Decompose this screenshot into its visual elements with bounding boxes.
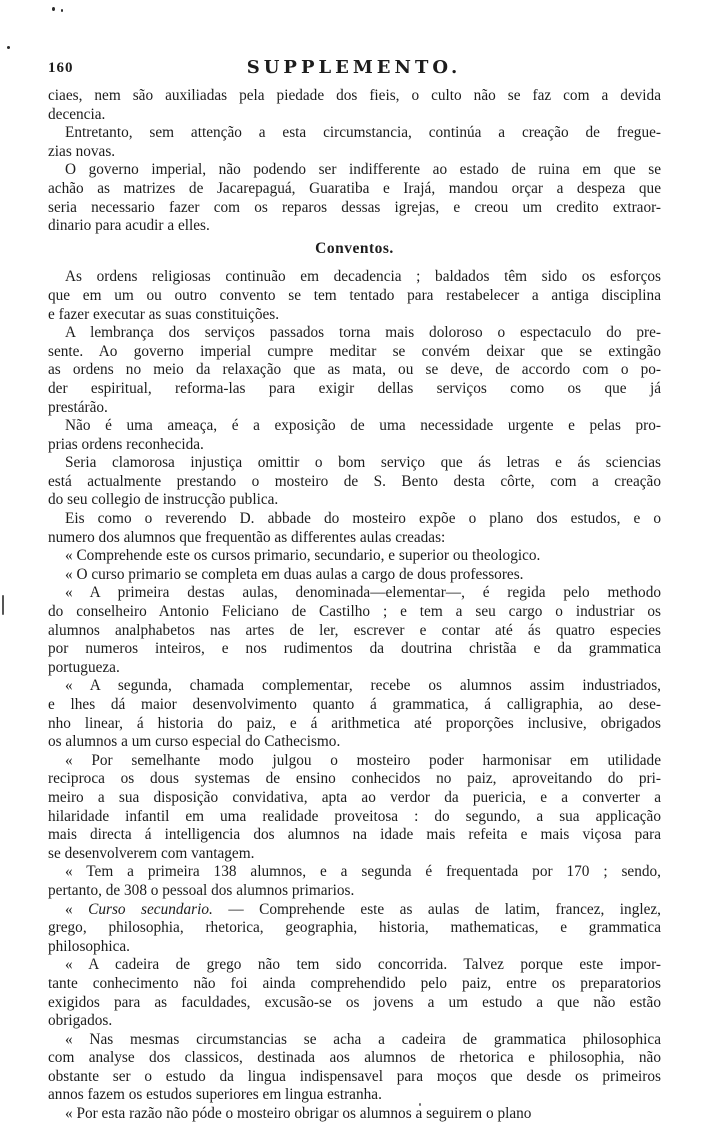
text-line: Não é uma ameaça, é a exposição de uma n…: [48, 417, 661, 436]
text-line: numero dos alumnos que frequentão as dif…: [48, 529, 661, 548]
paragraph: Seria clamorosa injustiça omittir o bom …: [48, 454, 661, 510]
paragraph: « A primeira destas aulas, denominada—el…: [48, 584, 661, 677]
text-line: as ordens no meio da relaxação que as ma…: [48, 361, 661, 380]
text-line: prestárão.: [48, 399, 661, 418]
text-line: por numeros inteiros, e nos rudimentos d…: [48, 640, 661, 659]
text-line: e lhes dá maior desenvolvimento quanto á…: [48, 696, 661, 715]
text-line: « A primeira destas aulas, denominada—el…: [48, 584, 661, 603]
scan-speckle: [7, 46, 10, 49]
text-line: « Curso secundario. — Comprehende este a…: [48, 901, 661, 920]
text-line: os alumnos a um curso especial do Cathec…: [48, 733, 661, 752]
text-line: nho linear, á historia do paiz, e á arit…: [48, 715, 661, 734]
paragraph: Eis como o reverendo D. abbade do mostei…: [48, 510, 661, 547]
page-title: SUPPLEMENTO.: [48, 57, 660, 78]
text-line: meiro a sua disposição convidativa, apta…: [48, 789, 661, 808]
page-number: 160: [48, 60, 74, 77]
text-line: « A segunda, chamada complementar, receb…: [48, 677, 661, 696]
text-line: A lembrança dos serviços passados torna …: [48, 324, 661, 343]
paragraph: « Curso secundario. — Comprehende este a…: [48, 901, 661, 957]
text-line: portugueza.: [48, 659, 661, 678]
section-heading: Conventos.: [48, 240, 661, 259]
text-line: As ordens religiosas continuão em decade…: [48, 268, 661, 287]
text-line: grego, philosophia, rhetorica, geographi…: [48, 919, 661, 938]
text-line: « O curso primario se completa em duas a…: [48, 566, 661, 585]
page-body: ciaes, nem são auxiliadas pela piedade d…: [48, 87, 661, 1124]
paragraph: « A cadeira de grego não tem sido concor…: [48, 956, 661, 1030]
text-line: e fazer executar as suas constituições.: [48, 306, 661, 325]
paragraph: A lembrança dos serviços passados torna …: [48, 324, 661, 417]
paragraph: « Tem a primeira 138 alumnos, e a segund…: [48, 863, 661, 900]
text-line: reciproca os dous systemas de ensino con…: [48, 770, 661, 789]
text-line: « Por esta razão não póde o mosteiro obr…: [48, 1105, 661, 1124]
text-line: « Comprehende este os cursos primario, s…: [48, 547, 661, 566]
text-line: hilaridade infantil em uma realidade pro…: [48, 808, 661, 827]
text-segment: «: [65, 901, 88, 918]
text-line: Seria clamorosa injustiça omittir o bom …: [48, 454, 661, 473]
scan-speckle: [61, 9, 63, 12]
text-line: está actualmente prestando o mosteiro de…: [48, 473, 661, 492]
text-line: tante conhecimento não foi ainda compreh…: [48, 975, 661, 994]
italic-text: Curso secundario.: [88, 901, 213, 918]
paragraph: As ordens religiosas continuão em decade…: [48, 268, 661, 324]
paragraph: « Nas mesmas circumstancias se acha a ca…: [48, 1031, 661, 1105]
text-line: prias ordens reconhecida.: [48, 436, 661, 455]
text-line: « Por semelhante modo julgou o mosteiro …: [48, 752, 661, 771]
paragraph: « Por semelhante modo julgou o mosteiro …: [48, 752, 661, 864]
text-line: philosophica.: [48, 938, 661, 957]
text-line: seria necessario fazer com os reparos de…: [48, 199, 661, 218]
text-line: do conselheiro Antonio Feliciano de Cast…: [48, 603, 661, 622]
text-line: « A cadeira de grego não tem sido concor…: [48, 956, 661, 975]
paragraph: ciaes, nem são auxiliadas pela piedade d…: [48, 87, 661, 124]
paragraph: « Por esta razão não póde o mosteiro obr…: [48, 1105, 661, 1124]
paragraph: Entretanto, sem attenção a esta circumst…: [48, 124, 661, 161]
text-line: do seu collegio de instrucção publica.: [48, 491, 661, 510]
text-line: se desenvolverem com vantagem.: [48, 845, 661, 864]
text-line: obstante ser o estudo da lingua indispen…: [48, 1068, 661, 1087]
text-line: alumnos analphabetos nas artes de ler, e…: [48, 622, 661, 641]
text-segment: — Comprehende este as aulas de latim, fr…: [213, 901, 661, 918]
paragraph: O governo imperial, não podendo ser indi…: [48, 161, 661, 235]
document-page: 160 SUPPLEMENTO. ciaes, nem são auxiliad…: [0, 0, 704, 1128]
text-line: exigidos para as faculdades, excusão-se …: [48, 994, 661, 1013]
text-line: Entretanto, sem attenção a esta circumst…: [48, 124, 661, 143]
text-line: « Tem a primeira 138 alumnos, e a segund…: [48, 863, 661, 882]
page-header: 160 SUPPLEMENTO.: [48, 57, 660, 81]
text-line: zias novas.: [48, 143, 661, 162]
text-line: com analyse dos classicos, destinada aos…: [48, 1049, 661, 1068]
text-line: « Nas mesmas circumstancias se acha a ca…: [48, 1031, 661, 1050]
text-line: que em um ou outro convento se tem tenta…: [48, 287, 661, 306]
paragraph: « A segunda, chamada complementar, receb…: [48, 677, 661, 751]
text-line: obrigados.: [48, 1012, 661, 1031]
paragraph: « Comprehende este os cursos primario, s…: [48, 547, 661, 566]
text-line: Eis como o reverendo D. abbade do mostei…: [48, 510, 661, 529]
text-line: sente. Ao governo imperial cumpre medita…: [48, 343, 661, 362]
text-line: der espiritual, reforma-las para exigir …: [48, 380, 661, 399]
scan-speckle: [2, 595, 4, 615]
text-line: pertanto, de 308 o pessoal dos alumnos p…: [48, 882, 661, 901]
paragraph: Não é uma ameaça, é a exposição de uma n…: [48, 417, 661, 454]
text-line: annos fazem os estudos superiores em lin…: [48, 1086, 661, 1105]
text-line: mais directa á intelligencia dos alumnos…: [48, 826, 661, 845]
text-line: decencia.: [48, 106, 661, 125]
scan-speckle: [52, 7, 55, 11]
text-line: ciaes, nem são auxiliadas pela piedade d…: [48, 87, 661, 106]
paragraph: « O curso primario se completa em duas a…: [48, 566, 661, 585]
text-line: O governo imperial, não podendo ser indi…: [48, 161, 661, 180]
text-line: dinario para acudir a elles.: [48, 217, 661, 236]
text-line: achão as matrizes de Jacarepaguá, Guarat…: [48, 180, 661, 199]
scan-speckle: [419, 1103, 421, 1106]
